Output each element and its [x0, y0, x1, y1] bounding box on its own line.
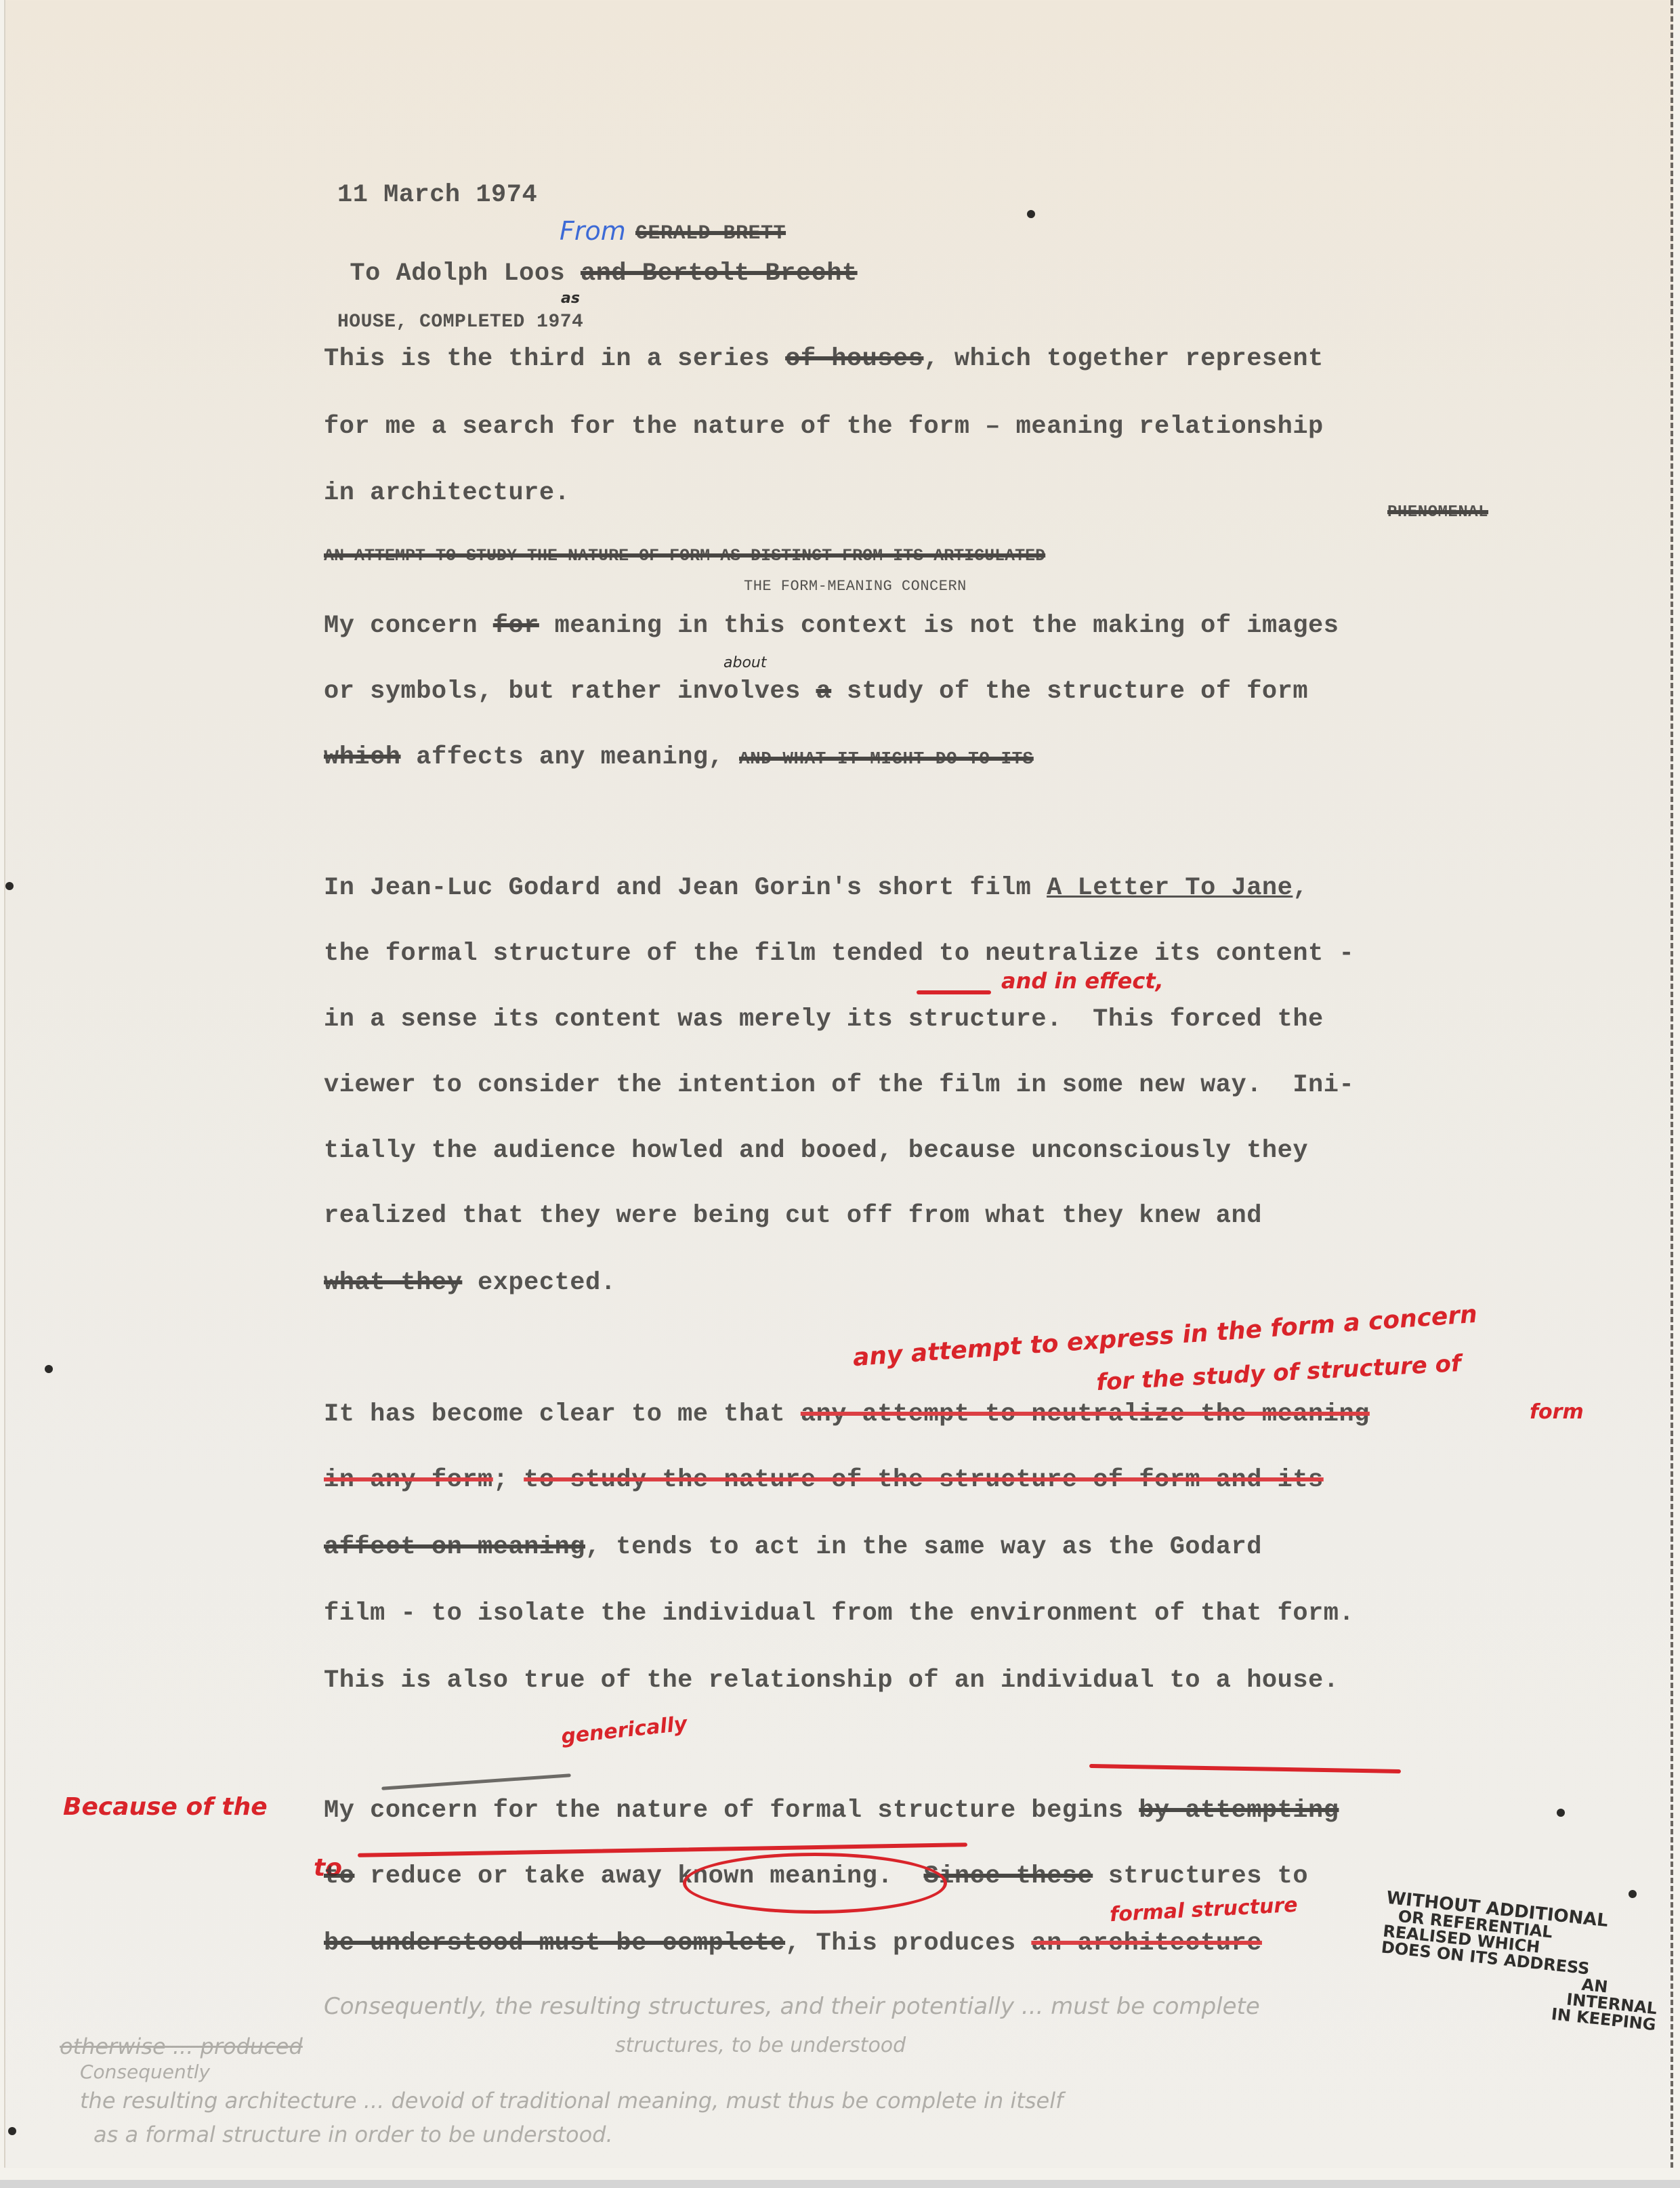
from-annotation: From	[560, 218, 626, 244]
p5-line-1: My concern for the nature of formal stru…	[324, 1798, 1339, 1824]
pencil-note-5: the resulting architecture ... devoid of…	[80, 2090, 1063, 2111]
speck	[5, 882, 14, 890]
p3-line-2: the formal structure of the film tended …	[324, 942, 1354, 967]
red-circle-known-meaning	[683, 1853, 947, 1914]
p3-line-1: In Jean-Luc Godard and Jean Gorin's shor…	[324, 876, 1308, 901]
p3-line-4: viewer to consider the intention of the …	[324, 1073, 1354, 1098]
speck	[8, 2127, 16, 2135]
p4-line-4: film - to isolate the individual from th…	[324, 1601, 1354, 1626]
red-arrow-line	[358, 1843, 967, 1857]
house-insert: as	[561, 291, 580, 306]
film-title: A Letter To Jane	[1047, 874, 1293, 902]
p3-red-note: and in effect,	[1001, 970, 1164, 992]
p1-line-1: This is the third in a series of houses,…	[324, 347, 1324, 372]
struck-heading-below: THE FORM-MEANING CONCERN	[744, 579, 967, 594]
pencil-note-4: Consequently	[80, 2063, 210, 2082]
to-line-struck: and Bertolt Brecht	[581, 259, 858, 288]
p2-line-3: which affects any meaning, AND WHAT IT M…	[324, 745, 1034, 770]
p5-line-3: be understood must be complete, This pro…	[324, 1931, 1262, 1956]
typescript-page: 11 March 1974 From GERALD BRETT To Adolp…	[4, 0, 1673, 2168]
p3-line-3: in a sense its content was merely its st…	[324, 1007, 1324, 1032]
p5-red-formal: formal structure	[1109, 1895, 1298, 1925]
p4-line-5: This is also true of the relationship of…	[324, 1668, 1339, 1693]
house-line: HOUSE, COMPLETED 1974	[337, 313, 583, 332]
pencil-note-2: otherwise ... produced	[60, 2036, 303, 2057]
p4-line-1: It has become clear to me that any attem…	[324, 1402, 1370, 1427]
document-date: 11 March 1974	[337, 183, 537, 208]
p5-red-margin: Because of the	[63, 1795, 268, 1819]
p3-line-7: what they expected.	[324, 1271, 616, 1296]
speck	[1629, 1890, 1637, 1898]
from-struck: GERALD BRETT	[635, 224, 786, 244]
speck	[1557, 1809, 1565, 1817]
struck-heading: AN ATTEMPT TO STUDY THE NATURE OF FORM A…	[324, 547, 1045, 564]
p1-line-3: in architecture.	[324, 481, 570, 506]
p1-line-2: for me a search for the nature of the fo…	[324, 415, 1324, 440]
red-insert-mark	[917, 990, 991, 994]
speck	[45, 1365, 53, 1373]
p4-red-note-3: form	[1530, 1402, 1584, 1423]
pencil-note-3: structures, to be understood	[615, 2036, 906, 2056]
p3-line-6: realized that they were being cut off fr…	[324, 1204, 1262, 1229]
p2-line-2: or symbols, but rather involves a study …	[324, 679, 1308, 704]
pencil-mark	[381, 1773, 571, 1790]
to-line: To Adolph Loos and Bertolt Brecht	[324, 249, 858, 299]
p5-red-insert: generically	[560, 1714, 688, 1747]
page-bottom-edge	[0, 2180, 1680, 2188]
right-margin-note: WITHOUT ADDITIONAL OR REFERENTIAL REALIS…	[1375, 1889, 1667, 2033]
speck	[1027, 210, 1035, 218]
pencil-note-6: as a formal structure in order to be und…	[93, 2124, 613, 2145]
pencil-note-1: Consequently, the resulting structures, …	[324, 1995, 1260, 2018]
struck-heading-above: PHENOMENAL	[1387, 505, 1488, 521]
p3-line-5: tially the audience howled and booed, be…	[324, 1139, 1308, 1164]
red-mark-top	[1089, 1764, 1401, 1773]
p4-line-3: affect on meaning, tends to act in the s…	[324, 1535, 1262, 1560]
p4-red-note-2: for the study of structure of	[1095, 1352, 1461, 1394]
p4-line-2: in any form; to study the nature of the …	[324, 1468, 1324, 1493]
p2-line-1: My concern for meaning in this context i…	[324, 614, 1339, 639]
p2-insert: about	[723, 656, 766, 671]
